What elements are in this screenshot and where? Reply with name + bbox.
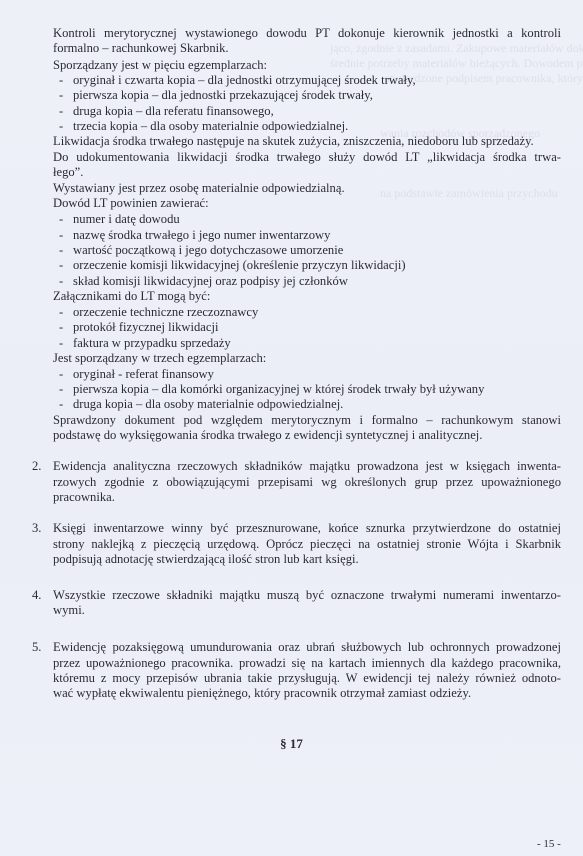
page-number: - 15 - [537,838,561,850]
verified-line: Sprawdzony dokument pod względem merytor… [53,413,561,428]
list-dash: - [59,243,63,258]
list-item-text: pierwsza kopia – dla jednostki przekazuj… [73,88,373,103]
list-dash: - [59,88,63,103]
list-item-text: oryginał - referat finansowy [73,367,214,382]
item-line: strony naklejką z pieczęcią urzędową. Op… [53,537,561,552]
bleed-through-line: jąco, zgodnie z zasadami. Zakupowe mater… [330,41,583,56]
list-dash: - [59,382,63,397]
item-line: któremu z mocy przepisów ubrania takie p… [53,671,561,686]
list-item-text: nazwę środka trwałego i jego numer inwen… [73,228,330,243]
issued-by-line: Wystawiany jest przez osobę materialnie … [53,181,345,196]
list-dash: - [59,104,63,119]
list-item-text: skład komisji likwidacyjnej oraz podpisy… [73,274,348,289]
item-line: Ewidencja analityczna rzeczowych składni… [53,459,561,474]
intro-line: Kontroli merytorycznej wystawionego dowo… [53,26,561,41]
list-item-text: druga kopia – dla referatu finansowego, [73,104,274,119]
list-item-text: trzecia kopia – dla osoby materialnie od… [73,119,348,134]
item-line: rzowych zgodnie z obowiązującymi przepis… [53,475,561,490]
item-line: pracownika. [53,490,115,505]
list-item-text: orzeczenie komisji likwidacyjnej (określ… [73,258,406,273]
item-line: Księgi inwentarzowe winny być przesznuro… [53,521,561,536]
lt-line: Do udokumentowania likwidacji środka trw… [53,150,561,165]
lt-copies-heading: Jest sporządzany w trzech egzemplarzach: [53,351,266,366]
list-item-text: oryginał i czwarta kopia – dla jednostki… [73,73,416,88]
item-number: 5. [32,640,41,655]
list-item-text: protokół fizycznej likwidacji [73,320,218,335]
item-line: wymi. [53,603,85,618]
list-item-text: druga kopia – dla osoby materialnie odpo… [73,397,343,412]
list-dash: - [59,119,63,134]
item-line: wać wypłatę ekwiwalentu pieniężnego, któ… [53,686,471,701]
list-dash: - [59,228,63,243]
list-dash: - [59,73,63,88]
item-number: 2. [32,459,41,474]
list-dash: - [59,320,63,335]
attachments-heading: Załącznikami do LT mogą być: [53,289,210,304]
list-item-text: faktura w przypadku sprzedaży [73,336,231,351]
list-dash: - [59,305,63,320]
item-line: podpisują adnotację stwierdzającą ilość … [53,552,359,567]
list-dash: - [59,274,63,289]
list-dash: - [59,212,63,227]
bleed-through-line: na podstawie zamówienia przychodu [380,186,558,201]
item-number: 3. [32,521,41,536]
bleed-through-line: średnie potrzeby materiałów bieżących. D… [330,56,583,71]
lt-contents-heading: Dowód LT powinien zawierać: [53,196,209,211]
item-line: Ewidencję pozaksięgową umundurowania ora… [53,640,561,655]
list-dash: - [59,336,63,351]
list-item-text: orzeczenie techniczne rzeczoznawcy [73,305,258,320]
liquidation-line: Likwidacja środka trwałego następuje na … [53,134,534,149]
lt-line: łego”. [53,165,83,180]
list-dash: - [59,397,63,412]
verified-line: podstawę do wyksięgowania środka trwałeg… [53,428,482,443]
list-item-text: numer i datę dowodu [73,212,180,227]
copies-heading: Sporządzany jest w pięciu egzemplarzach: [53,58,267,73]
section-heading: § 17 [0,736,583,752]
list-dash: - [59,258,63,273]
item-number: 4. [32,588,41,603]
intro-line: formalno – rachunkowej Skarbnik. [53,41,229,56]
list-item-text: wartość początkową i jego dotychczasowe … [73,243,343,258]
item-line: przez upoważnionego pracownika. prowadzi… [53,656,561,671]
list-dash: - [59,367,63,382]
scanned-page: jąco, zgodnie z zasadami. Zakupowe mater… [0,0,583,856]
list-item-text: pierwsza kopia – dla komórki organizacyj… [73,382,484,397]
item-line: Wszystkie rzeczowe składniki majątku mus… [53,588,561,603]
